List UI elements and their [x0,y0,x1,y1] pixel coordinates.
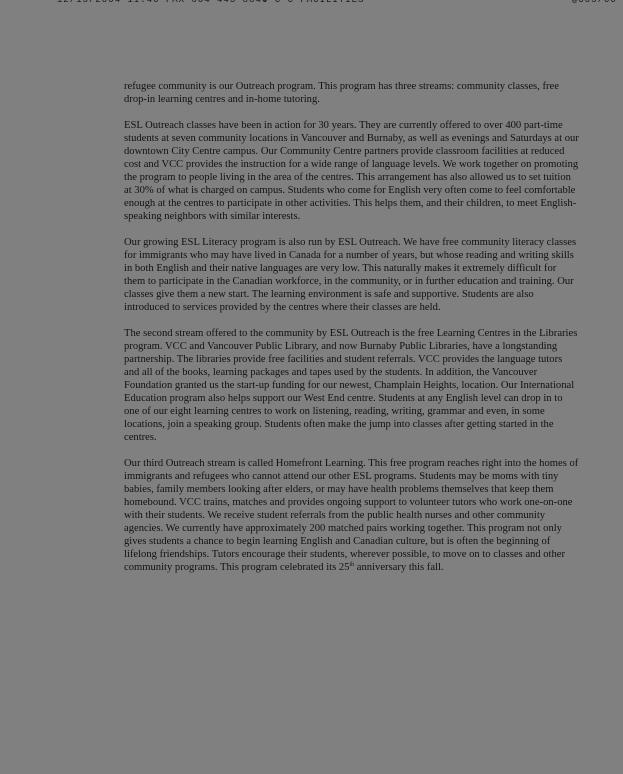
fax-datetime: 12/15/2004 11:46 FAX 604 443 8846 [57,0,268,5]
paragraph-homefront-learning: Our third Outreach stream is called Home… [124,457,580,574]
fax-sender: V C C FACILITIES [262,0,364,5]
document-body: refugee community is our Outreach progra… [124,80,580,587]
paragraph-esl-literacy: Our growing ESL Literacy program is also… [124,236,580,314]
paragraph-esl-outreach-classes: ESL Outreach classes have been in action… [124,119,580,223]
paragraph-intro: refugee community is our Outreach progra… [124,80,580,106]
paragraph-learning-centres: The second stream offered to the communi… [124,327,580,444]
homefront-text-end: anniversary this fall. [354,562,443,573]
homefront-text: Our third Outreach stream is called Home… [124,458,578,573]
fax-page-number: @005/00 [572,0,617,5]
fax-header: 12/15/2004 11:46 FAX 604 443 8846 V C C … [0,0,623,5]
